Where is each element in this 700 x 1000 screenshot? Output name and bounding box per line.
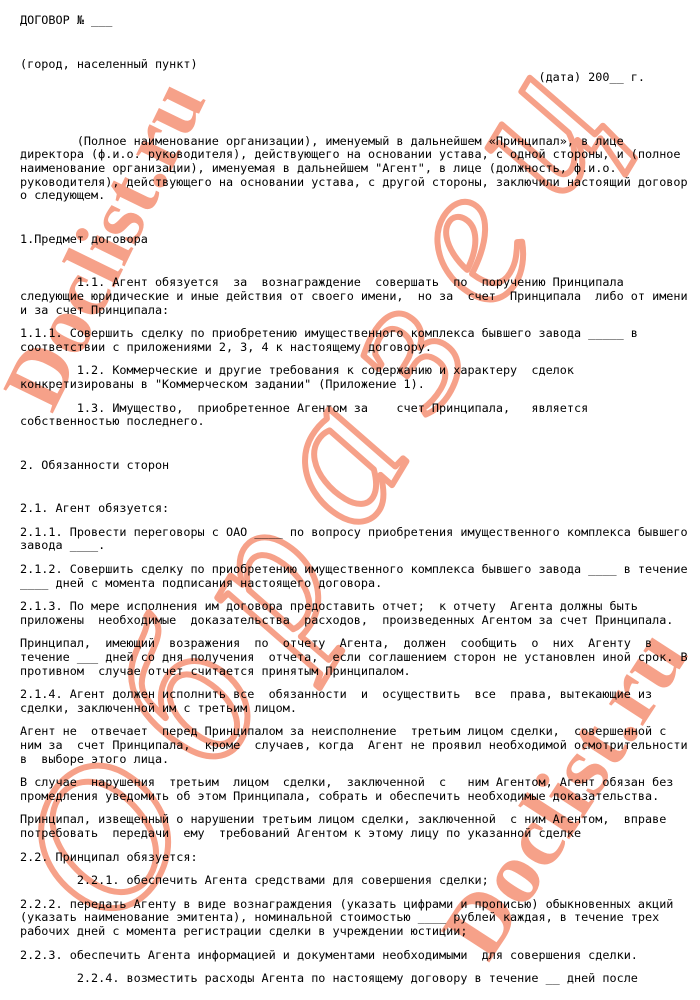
blank-line [20,246,682,256]
document-line: (указать наименование эмитента), номинал… [20,911,682,925]
document-line: сделки, заключенной им с третьим лицом. [20,702,682,716]
blank-line [20,105,682,115]
document-line: завода ____. [20,539,682,553]
document-line: (Полное наименование организации), имену… [20,135,682,149]
document-line: 2.1.1. Провести переговоры с ОАО ____ по… [20,526,682,540]
document-line: потребовать передачи ему требований Аген… [20,827,682,841]
document-line: (дата) 200__ г. [20,71,682,85]
document-line: промедления уведомить об этом Принципала… [20,790,682,804]
document-line: рабочих дней с момента регистрации сделк… [20,925,682,939]
document-line: приложены необходимые доказательства рас… [20,614,682,628]
document-line: 1.Предмет договора [20,233,682,247]
blank-line [20,213,682,223]
document-line: 2.1. Агент обязуется: [20,502,682,516]
document-line: директора (ф.и.о. руководителя), действу… [20,148,682,162]
document-line: 2.1.3. По мере исполнения им договора пр… [20,600,682,614]
document-line: следующие юридические и иные действия от… [20,290,682,304]
document-line: Принципал, имеющий возражения по отчету … [20,637,682,651]
document-line: соответствии с приложениями 2, 3, 4 к на… [20,341,682,355]
document-line: и за счет Принципала: [20,304,682,318]
document-line: 1.2. Коммерческие и другие требования к … [20,364,682,378]
document-line: 2.2. Принципал обязуется: [20,851,682,865]
document-line: 2.1.2. Совершить сделку по приобретению … [20,563,682,577]
document-line: собственностью последнего. [20,415,682,429]
document-line: ____ дней с момента подписания настоящег… [20,577,682,591]
document-body: ДОГОВОР № ___(город, населенный пункт) (… [0,0,700,986]
blank-line [20,38,682,48]
blank-line [20,203,682,213]
document-line: 2.2.2. передать Агенту в виде вознагражд… [20,898,682,912]
blank-line [20,256,682,266]
document-line: ним за счет Принципала, кроме случаев, к… [20,739,682,753]
document-line: 2.2.1. обеспечить Агента средствами для … [20,874,682,888]
blank-line [20,439,682,449]
document-line: 2.1.4. Агент должен исполнить все обязан… [20,688,682,702]
blank-line [20,115,682,125]
document-line: Агент не отвечает перед Принципалом за н… [20,725,682,739]
document-line: 1.1.1. Совершить сделку по приобретению … [20,327,682,341]
document-line: в выборе этого лица. [20,753,682,767]
document-line: противном случае отчет считается приняты… [20,665,682,679]
blank-line [20,95,682,105]
document-line: руководителя), действующего на основании… [20,176,682,190]
blank-line [20,429,682,439]
document-line: В случае нарушения третьим лицом сделки,… [20,776,682,790]
document-line: 1.3. Имущество, приобретенное Агентом за… [20,402,682,416]
document-line: Принципал, извещенный о нарушении третьи… [20,813,682,827]
document-line: ДОГОВОР № ___ [20,14,682,28]
document-line: наименование организации), именуемая в д… [20,162,682,176]
document-line: 2.2.3. обеспечить Агента информацией и д… [20,949,682,963]
blank-line [20,392,682,402]
document-line: 1.1. Агент обязуется за вознаграждение с… [20,276,682,290]
document-line: 2.2.4. возместить расходы Агента по наст… [20,972,682,986]
contract-page: Doclist.ru Образец Doclist.ru ДОГОВОР № … [0,0,700,1000]
document-line: конкретизированы в "Коммерческом задании… [20,378,682,392]
blank-line [20,85,682,95]
blank-line [20,472,682,482]
document-line: течение ___ дней со дня получения отчета… [20,651,682,665]
document-line: (город, населенный пункт) [20,58,682,72]
blank-line [20,28,682,38]
document-line: о следующем. [20,189,682,203]
blank-line [20,482,682,492]
document-lines: ДОГОВОР № ___(город, населенный пункт) (… [20,14,682,986]
document-line: 2. Обязанности сторон [20,459,682,473]
